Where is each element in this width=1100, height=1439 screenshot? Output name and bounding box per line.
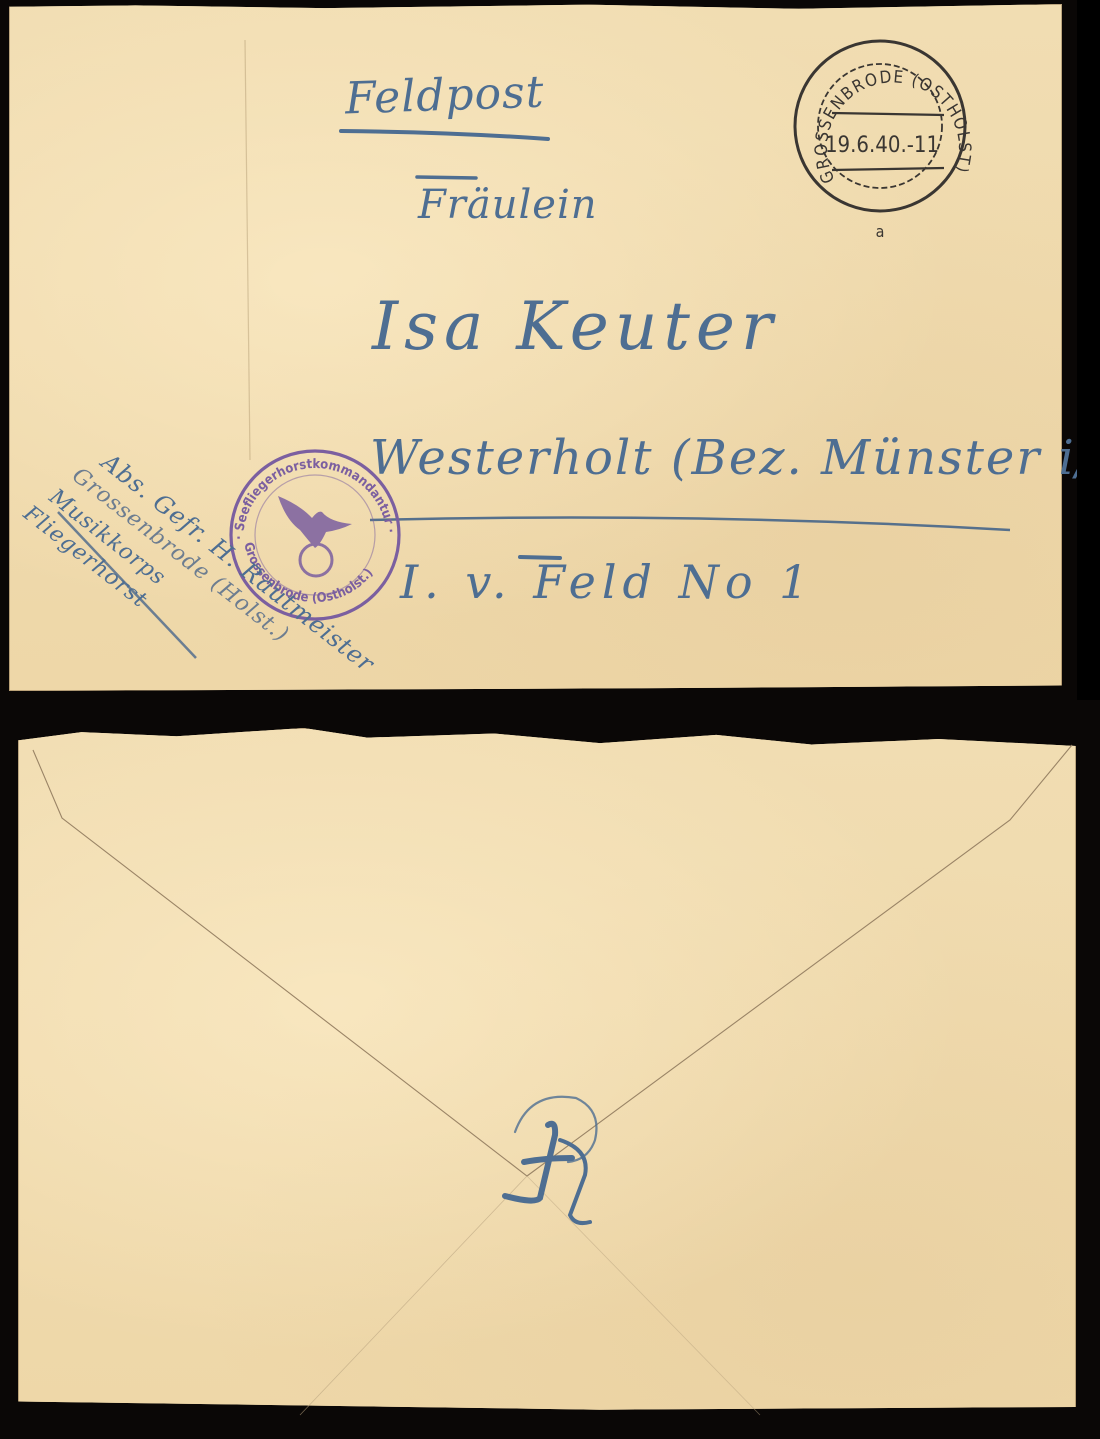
monogram-text: JK bbox=[538, 1249, 540, 1251]
monogram bbox=[505, 1097, 596, 1223]
envelope-flap-edge bbox=[33, 745, 1072, 1176]
back-markings: JK bbox=[0, 0, 1100, 1439]
